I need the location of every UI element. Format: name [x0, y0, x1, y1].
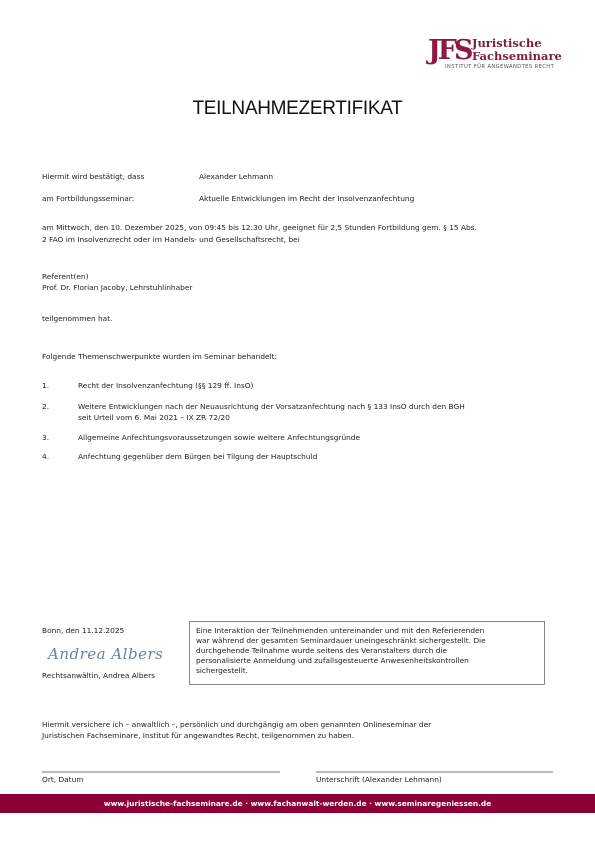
issuer-role: Rechtsanwältin, Andrea Albers: [42, 671, 155, 681]
certificate-title: TEILNAHMEZERTIFIKAT: [0, 98, 595, 120]
interaction-infobox: Eine Interaktion der Teilnehmenden unter…: [189, 621, 545, 685]
declaration-line2: Juristischen Fachseminare, Institut für …: [42, 731, 354, 741]
attended-text: teilgenommen hat.: [42, 314, 112, 324]
issuer-signature: Andrea Albers: [48, 645, 163, 663]
place-date-line: [42, 771, 280, 773]
topic-item-continued: seit Urteil vom 6. Mai 2021 – IX ZR 72/2…: [78, 413, 230, 423]
topics-intro: Folgende Themenschwerpunkte wurden im Se…: [42, 352, 277, 362]
declaration-line1: Hiermit versichere ich – anwaltlich –, p…: [42, 720, 431, 730]
topic-item: Recht der Insolvenzanfechtung (§§ 129 ff…: [78, 381, 253, 391]
seminar-name: Aktuelle Entwicklungen im Recht der Inso…: [199, 194, 414, 204]
topic-item: Weitere Entwicklungen nach der Neuausric…: [78, 402, 465, 412]
jfs-logo: JFS Juristische Fachseminare INSTITUT FÜ…: [428, 36, 595, 72]
seminar-label: am Fortbildungsseminar:: [42, 194, 134, 204]
issue-place-date: Bonn, den 11.12.2025: [42, 626, 124, 636]
topic-item: Anfechtung gegenüber dem Bürgen bei Tilg…: [78, 452, 317, 462]
logo-subtitle: INSTITUT FÜR ANGEWANDTES RECHT: [445, 64, 554, 70]
logo-mark: JFS: [428, 36, 470, 66]
signature-label: Unterschrift (Alexander Lehmann): [316, 775, 442, 785]
referent-label: Referent(en): [42, 272, 89, 282]
referent-name: Prof. Dr. Florian Jacoby, Lehrstuhlinhab…: [42, 283, 192, 293]
topic-number: 4.: [42, 452, 49, 462]
topic-number: 3.: [42, 433, 49, 443]
signature-line: [316, 771, 553, 773]
footer-links: www.juristische-fachseminare.de · www.fa…: [104, 799, 491, 808]
topic-number: 1.: [42, 381, 49, 391]
place-date-label: Ort, Datum: [42, 775, 83, 785]
confirm-label: Hiermit wird bestätigt, dass: [42, 172, 144, 182]
topic-item: Allgemeine Anfechtungsvoraussetzungen so…: [78, 433, 360, 443]
details-line1: am Mittwoch, den 10. Dezember 2025, von …: [42, 223, 477, 233]
topic-number: 2.: [42, 402, 49, 412]
footer-bar: www.juristische-fachseminare.de · www.fa…: [0, 794, 595, 813]
logo-name: Juristische Fachseminare: [472, 37, 562, 63]
participant-name: Alexander Lehmann: [199, 172, 273, 182]
details-line2: 2 FAO im Insolvenzrecht oder im Handels-…: [42, 235, 300, 245]
